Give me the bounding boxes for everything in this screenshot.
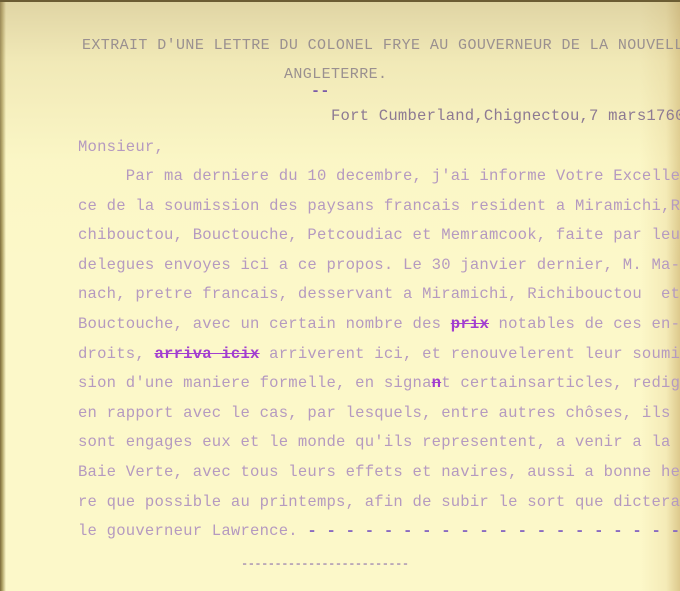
body-text: notables de ces en- bbox=[489, 315, 680, 333]
struck-out-text: n bbox=[432, 374, 442, 392]
body-text: re que possible au printemps, afin de su… bbox=[78, 493, 680, 511]
body-line: en rapport avec le cas, par lesquels, en… bbox=[78, 406, 680, 422]
body-text: ce de la soumission des paysans francais… bbox=[78, 197, 680, 215]
body-line: sion d'une maniere formelle, en signant … bbox=[78, 376, 680, 392]
struck-out-text: arriva icix bbox=[154, 345, 259, 363]
body-line: chibouctou, Bouctouche, Petcoudiac et Me… bbox=[78, 228, 680, 244]
body-text: nach, pretre francais, desservant a Mira… bbox=[78, 285, 680, 303]
body-text: Baie Verte, avec tous leurs effets et na… bbox=[78, 463, 680, 481]
salutation: Monsieur, bbox=[78, 140, 164, 156]
body-line: Bouctouche, avec un certain nombre des p… bbox=[78, 317, 680, 333]
body-line: nach, pretre francais, desservant a Mira… bbox=[78, 287, 680, 303]
body-text: delegues envoyes ici a ce propos. Le 30 … bbox=[78, 256, 680, 274]
title-line-2: ANGLETERRE. bbox=[284, 67, 387, 82]
body-text: Par ma derniere du 10 decembre, j'ai inf… bbox=[78, 167, 680, 185]
struck-out-text: prix bbox=[451, 315, 489, 333]
closing-rule: ------------------------- bbox=[241, 558, 409, 570]
body-text: droits, bbox=[78, 345, 154, 363]
title-line-1: EXTRAIT D'UNE LETTRE DU COLONEL FRYE AU … bbox=[82, 38, 680, 53]
body-text: sont engages eux et le monde qu'ils repr… bbox=[78, 433, 671, 451]
body-line: Baie Verte, avec tous leurs effets et na… bbox=[78, 465, 680, 481]
body-text: t certainsarticles, rediges bbox=[441, 374, 680, 392]
dash-rule: - - - - - - - - - - - - - - - - - - - - … bbox=[307, 522, 680, 540]
body-line: le gouverneur Lawrence. - - - - - - - - … bbox=[78, 524, 680, 540]
body-line: ce de la soumission des paysans francais… bbox=[78, 199, 680, 215]
body-line: delegues envoyes ici a ce propos. Le 30 … bbox=[78, 258, 680, 274]
body-text: arriverent ici, et renouvelerent leur so… bbox=[260, 345, 680, 363]
body-text: sion d'une maniere formelle, en signa bbox=[78, 374, 432, 392]
body-text: Bouctouche, avec un certain nombre des bbox=[78, 315, 451, 333]
body-text: chibouctou, Bouctouche, Petcoudiac et Me… bbox=[78, 226, 680, 244]
scanned-letter-page: EXTRAIT D'UNE LETTRE DU COLONEL FRYE AU … bbox=[0, 0, 680, 591]
dateline: Fort Cumberland,Chignectou,7 mars1760. bbox=[331, 109, 680, 125]
body-line: Par ma derniere du 10 decembre, j'ai inf… bbox=[78, 169, 680, 185]
title-underline: -- bbox=[311, 84, 330, 99]
body-text: le gouverneur Lawrence. bbox=[78, 522, 307, 540]
body-line: sont engages eux et le monde qu'ils repr… bbox=[78, 435, 671, 451]
body-line: droits, arriva icix arriverent ici, et r… bbox=[78, 347, 680, 363]
body-text: en rapport avec le cas, par lesquels, en… bbox=[78, 404, 680, 422]
body-line: re que possible au printemps, afin de su… bbox=[78, 495, 680, 511]
